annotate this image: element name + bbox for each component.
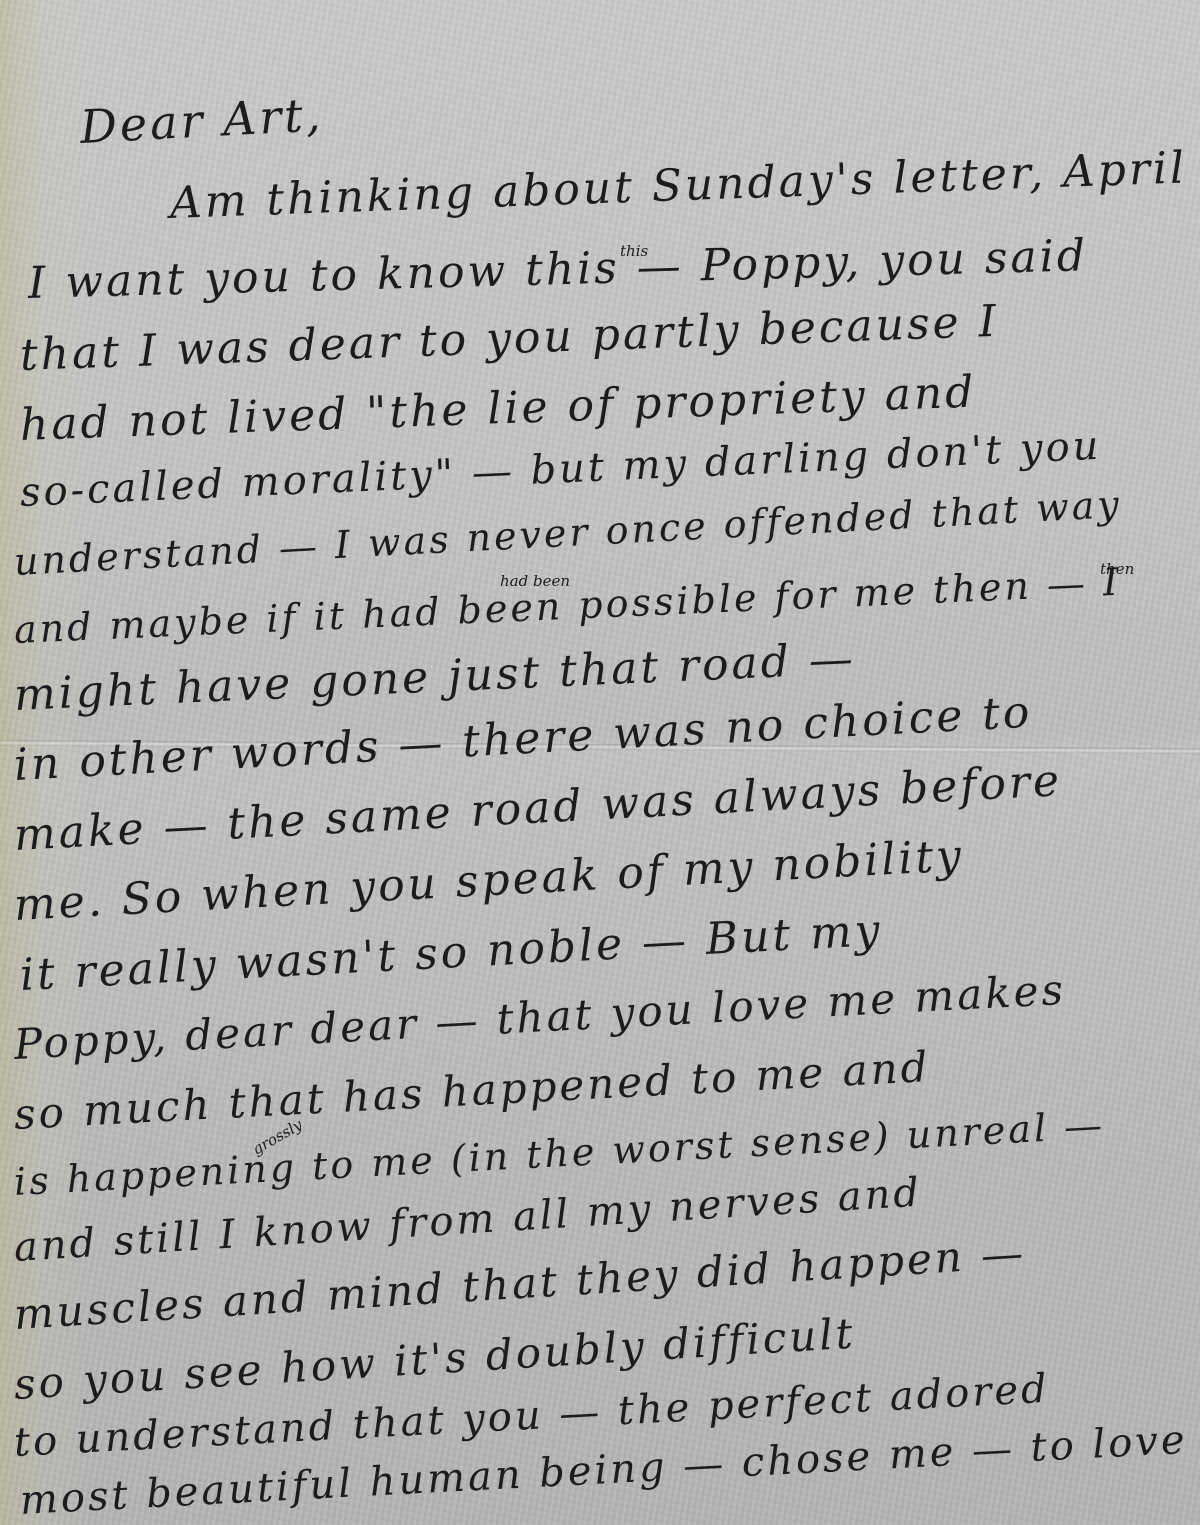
letter-line-1: Am thinking about Sunday's letter, April… xyxy=(169,139,1200,229)
letter-line-2: I want you to know this — Poppy, you sai… xyxy=(27,230,1088,309)
letter-page: Dear Art, Am thinking about Sunday's let… xyxy=(0,0,1200,1525)
letter-line-3: that I was dear to you partly because I xyxy=(19,296,1000,381)
salutation: Dear Art, xyxy=(79,87,325,154)
